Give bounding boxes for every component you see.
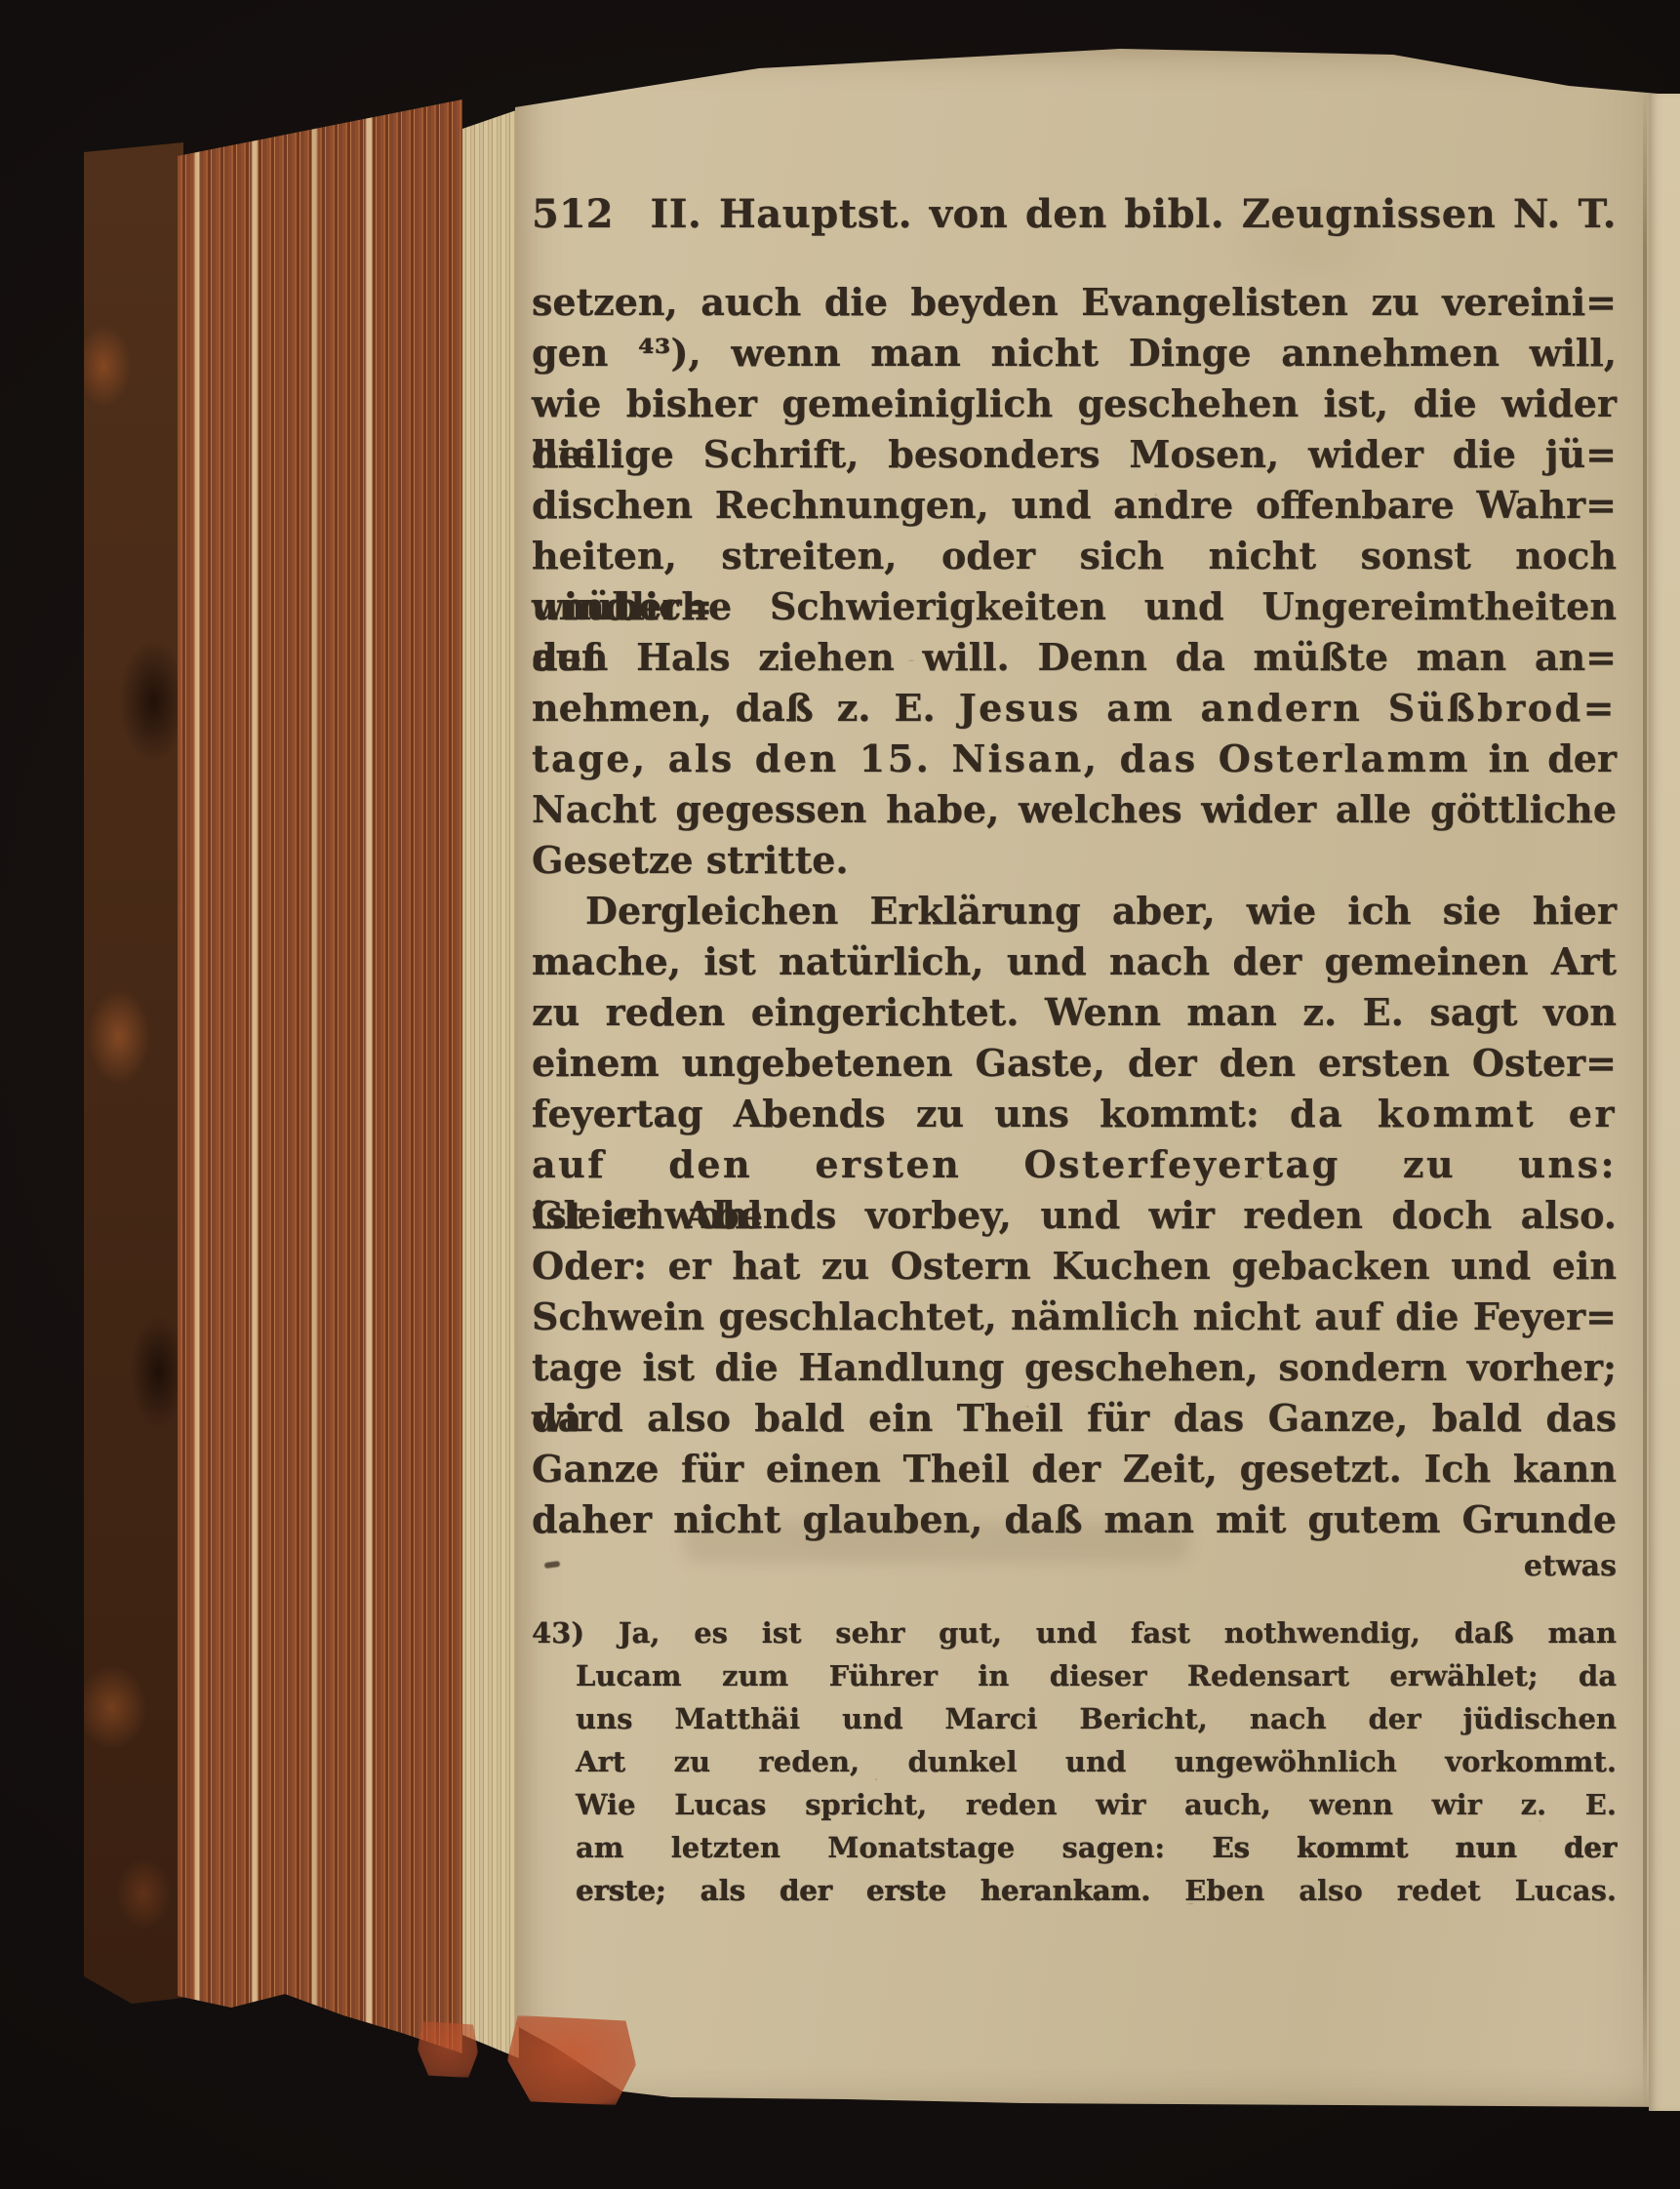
text-segment: feyertag Abends zu uns kommt:	[532, 1092, 1290, 1135]
footnote-line: erste; als der erste herankam. Eben also…	[576, 1869, 1617, 1912]
footnote-line: Wie Lucas spricht, reden wir auch, wenn …	[576, 1783, 1617, 1826]
footnote: 43) Ja, es ist sehr gut, und fast nothwe…	[532, 1612, 1617, 1912]
running-title: II. Hauptst. von den bibl. Zeugnissen N.…	[651, 191, 1618, 238]
text-line: Oder: er hat zu Ostern Kuchen gebacken u…	[532, 1241, 1617, 1292]
page-number: 512	[532, 191, 614, 238]
adjacent-page-edge	[1649, 94, 1680, 2111]
text-segment: Oder: er hat zu Ostern Kuchen gebacken u…	[532, 1244, 1617, 1288]
text-segment: zu reden eingerichtet. Wenn man z. E. sa…	[532, 990, 1617, 1034]
text-segment: Gesetze stritte.	[532, 838, 849, 882]
text-segment: Schwein geschlachtet, nämlich nicht auf …	[532, 1294, 1617, 1338]
page-edge-band	[462, 96, 519, 2064]
footnote-line: Art zu reden, dunkel und ungewöhnlich vo…	[576, 1740, 1617, 1783]
text-line: Nacht gegessen habe, welches wider alle …	[532, 784, 1617, 835]
text-line: Schwein geschlachtet, nämlich nicht auf …	[532, 1292, 1617, 1342]
text-segment: heilige Schrift, besonders Mosen, wider …	[532, 432, 1617, 476]
text-line: Ganze für einen Theil der Zeit, gesetzt.…	[532, 1444, 1617, 1494]
text-line: setzen, auch die beyden Evangelisten zu …	[532, 277, 1617, 328]
text-line: daher nicht glauben, daß man mit gutem G…	[532, 1494, 1617, 1545]
text-segment: den Hals ziehen will. Denn da müßte man …	[532, 635, 1617, 679]
text-line: heiten, streiten, oder sich nicht sonst …	[532, 531, 1617, 581]
text-line: dischen Rechnungen, und andre offenbare …	[532, 480, 1617, 531]
text-line: auf den ersten Osterfeyertag zu uns: Gle…	[532, 1139, 1617, 1190]
text-segment: Art zu reden, dunkel und ungewöhnlich vo…	[576, 1745, 1617, 1778]
text-segment: 43) Ja, es ist sehr gut, und fast nothwe…	[532, 1616, 1617, 1650]
catchword: etwas	[532, 1549, 1617, 1583]
text-line: mache, ist natürlich, und nach der gemei…	[532, 936, 1617, 987]
emphasized-text-segment: tage, als den 15. Nisan, das Osterlamm	[532, 736, 1470, 780]
text-line: windliche Schwierigkeiten und Ungereimth…	[532, 581, 1617, 632]
text-line: feyertag Abends zu uns kommt: da kommt e…	[532, 1089, 1617, 1139]
gutter-fold	[1643, 88, 1647, 2111]
emphasized-text-segment: da kommt er	[1290, 1092, 1617, 1135]
text-segment: wird also bald ein Theil für das Ganze, …	[532, 1396, 1617, 1440]
text-line: tage, als den 15. Nisan, das Osterlamm i…	[532, 734, 1617, 784]
text-segment: setzen, auch die beyden Evangelisten zu …	[532, 280, 1617, 324]
text-line: ist er Abends vorbey, und wir reden doch…	[532, 1190, 1617, 1241]
emphasized-text-segment: Jesus am andern Süßbrod=	[959, 686, 1617, 730]
text-segment: uns Matthäi und Marci Bericht, nach der …	[576, 1702, 1617, 1735]
text-segment: mache, ist natürlich, und nach der gemei…	[532, 939, 1617, 983]
text-line: Gesetze stritte.	[532, 835, 1617, 886]
text-segment: Nacht gegessen habe, welches wider alle …	[532, 787, 1617, 831]
book-cover-edge	[84, 142, 183, 2006]
body-text: setzen, auch die beyden Evangelisten zu …	[532, 277, 1617, 1545]
paragraph: Dergleichen Erklärung aber, wie ich sie …	[532, 886, 1617, 1545]
text-line: tage ist die Handlung geschehen, sondern…	[532, 1342, 1617, 1393]
text-segment: Lucam zum Führer in dieser Redensart erw…	[576, 1659, 1617, 1692]
footnote-line: Lucam zum Führer in dieser Redensart erw…	[576, 1654, 1617, 1697]
footnote-line: 43) Ja, es ist sehr gut, und fast nothwe…	[532, 1612, 1617, 1654]
text-line: wie bisher gemeiniglich geschehen ist, d…	[532, 378, 1617, 429]
text-segment: Wie Lucas spricht, reden wir auch, wenn …	[576, 1788, 1617, 1821]
text-line: den Hals ziehen will. Denn da müßte man …	[532, 632, 1617, 683]
bold-text-segment: Es kommt nun der	[1212, 1831, 1617, 1864]
text-segment: ist er Abends vorbey, und wir reden doch…	[532, 1193, 1617, 1237]
text-segment: in der	[1470, 736, 1617, 780]
red-edge-stain-small	[418, 2021, 478, 2078]
text-segment: Ganze für einen Theil der Zeit, gesetzt.…	[532, 1447, 1617, 1491]
emphasized-text-segment: auf den ersten Osterfeyertag zu uns:	[532, 1142, 1617, 1186]
bold-text-segment: erste; als der erste herankam.	[576, 1874, 1150, 1907]
text-line: nehmen, daß z. E. Jesus am andern Süßbro…	[532, 683, 1617, 734]
footnote-line: uns Matthäi und Marci Bericht, nach der …	[576, 1697, 1617, 1740]
text-line: gen ⁴³), wenn man nicht Dinge annehmen w…	[532, 328, 1617, 378]
text-segment: einem ungebetenen Gaste, der den ersten …	[532, 1041, 1617, 1085]
book-scan-photo: 512 II. Hauptst. von den bibl. Zeugnisse…	[0, 0, 1680, 2189]
footnote-line: am letzten Monatstage sagen: Es kommt nu…	[576, 1826, 1617, 1869]
text-line: wird also bald ein Theil für das Ganze, …	[532, 1393, 1617, 1444]
text-line: einem ungebetenen Gaste, der den ersten …	[532, 1038, 1617, 1089]
page-edges-fore-edge	[178, 94, 462, 2060]
text-line: zu reden eingerichtet. Wenn man z. E. sa…	[532, 987, 1617, 1038]
paragraph: setzen, auch die beyden Evangelisten zu …	[532, 277, 1617, 886]
page-header: 512 II. Hauptst. von den bibl. Zeugnisse…	[532, 191, 1617, 238]
text-segment: gen ⁴³), wenn man nicht Dinge annehmen w…	[532, 331, 1617, 375]
text-line: heilige Schrift, besonders Mosen, wider …	[532, 429, 1617, 480]
text-line: Dergleichen Erklärung aber, wie ich sie …	[532, 886, 1617, 936]
text-segment: nehmen, daß z. E.	[532, 686, 959, 730]
text-segment: dischen Rechnungen, und andre offenbare …	[532, 483, 1617, 527]
red-edge-stain	[507, 2015, 636, 2105]
text-segment: Dergleichen Erklärung aber, wie ich sie …	[585, 889, 1617, 933]
text-segment: Eben also redet Lucas.	[1150, 1874, 1617, 1907]
text-segment: am letzten Monatstage sagen:	[576, 1831, 1212, 1864]
text-segment: daher nicht glauben, daß man mit gutem G…	[532, 1497, 1617, 1541]
